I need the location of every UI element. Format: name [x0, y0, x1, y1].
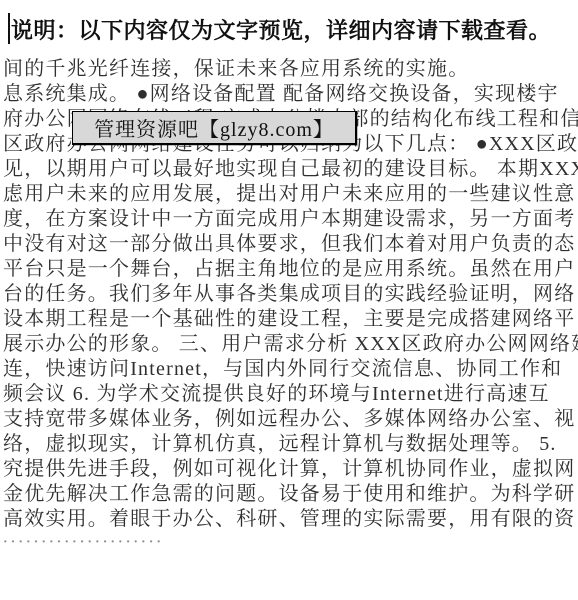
trailing-dots: ·····················: [3, 536, 576, 550]
watermark-box: 管理资源吧【glzy8.com】: [72, 111, 357, 145]
text-line: 度，在方案设计中一方面完成用户本期建设需求，另一方面考: [3, 207, 576, 232]
text-line: 络，虚拟现实，计算机仿真，远程计算机与数据处理等。 5.: [3, 432, 576, 457]
preview-notice: 说明：以下内容仅为文字预览，详细内容请下载查看。: [11, 14, 551, 45]
text-line: 高效实用。着眼于办公、科研、管理的实际需要，用有限的资: [3, 507, 576, 532]
text-line: 究提供先进手段，例如可视化计算，计算机协同作业，虚拟网: [3, 457, 576, 482]
text-line: 金优先解决工作急需的问题。设备易于使用和维护。为科学研: [3, 482, 576, 507]
text-line: 支持宽带多媒体业务，例如远程办公、多媒体网络办公室、视: [3, 407, 576, 432]
text-line: 间的千兆光纤连接，保证未来各应用系统的实施。: [3, 57, 576, 82]
watermark-label: 管理资源吧【glzy8.com】: [94, 113, 334, 142]
text-line: 设本期工程是一个基础性的建设工程，主要是完成搭建网络平: [3, 307, 576, 332]
text-line: 中没有对这一部分做出具体要求，但我们本着对用户负责的态: [3, 232, 576, 257]
text-line: 台的任务。我们多年从事各类集成项目的实践经验证明，网络: [3, 282, 576, 307]
text-line: 平台只是一个舞台，占据主角地位的是应用系统。虽然在用户: [3, 257, 576, 282]
text-line: 息系统集成。 ●网络设备配置 配备网络交换设备，实现楼宇: [3, 82, 576, 107]
text-line: 展示办公的形象。 三、用户需求分析 XXX区政府办公网网络建: [3, 332, 576, 357]
text-cursor: [8, 13, 10, 44]
text-line: 虑用户未来的应用发展，提出对用户未来应用的一些建议性意: [3, 182, 576, 207]
text-line: 见，以期用户可以最好地实现自己最初的建设目标。 本期XXX: [3, 157, 576, 182]
preview-page: 说明：以下内容仅为文字预览，详细内容请下载查看。 间的千兆光纤连接，保证未来各应…: [0, 0, 578, 600]
text-line: 连，快速访问Internet，与国内外同行交流信息、协同工作和: [3, 357, 576, 382]
text-line: 频会议 6. 为学术交流提供良好的环境与Internet进行高速互: [3, 382, 576, 407]
